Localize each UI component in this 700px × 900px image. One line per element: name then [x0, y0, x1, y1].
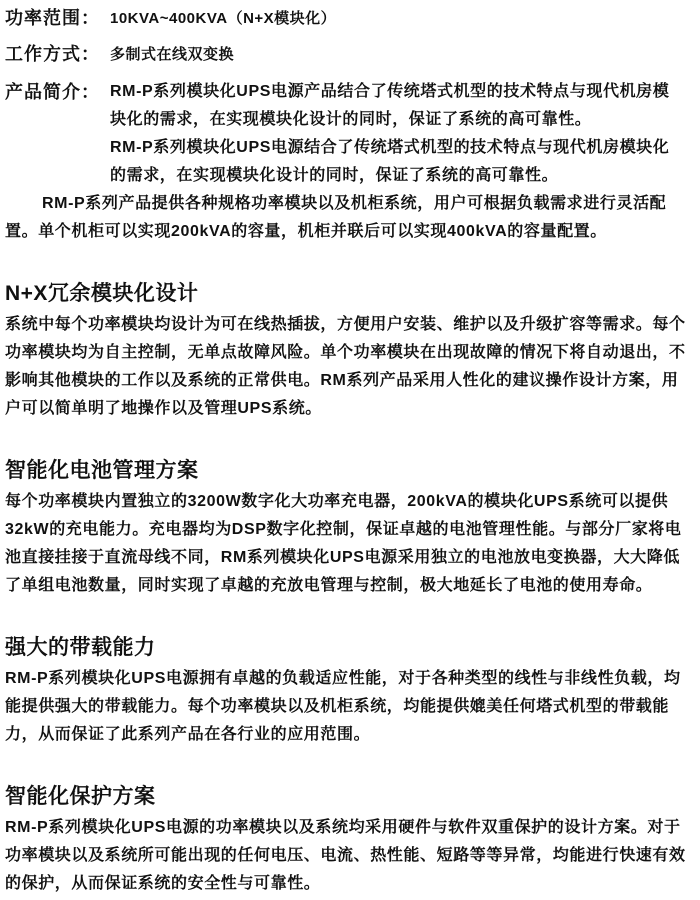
- section-body: 系统中每个功率模块均设计为可在线热插拔，方便用户安装、维护以及升级扩容等需求。每…: [5, 311, 695, 423]
- product-paragraph: RM-P系列产品提供各种规格功率模块以及机柜系统，用户可根据负载需求进行灵活配置…: [5, 190, 695, 246]
- power-range-label: 功率范围：: [5, 6, 110, 30]
- text-line: 能提供强大的带载能力。每个功率模块以及机柜系统，均能提供媲美任何塔式机型的带载能: [5, 693, 695, 721]
- work-mode-value: 多制式在线双变换: [110, 42, 234, 67]
- work-mode-label: 工作方式：: [5, 42, 110, 66]
- section-title: 智能化保护方案: [5, 782, 695, 812]
- product-intro-label: 产品简介：: [5, 78, 110, 106]
- section-load-capacity: 强大的带载能力 RM-P系列模块化UPS电源拥有卓越的负载适应性能，对于各种类型…: [5, 633, 695, 749]
- text-line: RM-P系列模块化UPS电源的功率模块以及系统均采用硬件与软件双重保护的设计方案…: [5, 814, 695, 842]
- section-protection: 智能化保护方案 RM-P系列模块化UPS电源的功率模块以及系统均采用硬件与软件双…: [5, 782, 695, 898]
- text-line: RM-P系列模块化UPS电源结合了传统塔式机型的技术特点与现代机房模块化: [110, 134, 669, 162]
- section-body: RM-P系列模块化UPS电源的功率模块以及系统均采用硬件与软件双重保护的设计方案…: [5, 814, 695, 898]
- section-title: 智能化电池管理方案: [5, 456, 695, 486]
- section-title: 强大的带载能力: [5, 633, 695, 663]
- text-line: 户可以简单明了地操作以及管理UPS系统。: [5, 395, 695, 423]
- text-line: 每个功率模块内置独立的3200W数字化大功率充电器，200kVA的模块化UPS系…: [5, 488, 695, 516]
- text-line: 置。单个机柜可以实现200kVA的容量，机柜并联后可以实现400kVA的容量配置…: [5, 218, 695, 246]
- text-line: RM-P系列模块化UPS电源产品结合了传统塔式机型的技术特点与现代机房模: [110, 78, 669, 106]
- text-line: 的需求，在实现模块化设计的同时，保证了系统的高可靠性。: [110, 162, 669, 190]
- section-battery-management: 智能化电池管理方案 每个功率模块内置独立的3200W数字化大功率充电器，200k…: [5, 456, 695, 600]
- text-line: 影响其他模块的工作以及系统的正常供电。RM系列产品采用人性化的建议操作设计方案，…: [5, 367, 695, 395]
- text-line: RM-P系列模块化UPS电源拥有卓越的负载适应性能，对于各种类型的线性与非线性负…: [5, 665, 695, 693]
- text-line: 了单组电池数量，同时实现了卓越的充放电管理与控制，极大地延长了电池的使用寿命。: [5, 572, 695, 600]
- section-title: N+X冗余模块化设计: [5, 279, 695, 309]
- section-body: 每个功率模块内置独立的3200W数字化大功率充电器，200kVA的模块化UPS系…: [5, 488, 695, 600]
- text-line: 功率模块以及系统所可能出现的任何电压、电流、热性能、短路等等异常，均能进行快速有…: [5, 842, 695, 870]
- section-body: RM-P系列模块化UPS电源拥有卓越的负载适应性能，对于各种类型的线性与非线性负…: [5, 665, 695, 749]
- text-line: 块化的需求，在实现模块化设计的同时，保证了系统的高可靠性。: [110, 106, 669, 134]
- product-intro-lines: RM-P系列模块化UPS电源产品结合了传统塔式机型的技术特点与现代机房模块化的需…: [110, 78, 669, 190]
- document-page: 功率范围： 10KVA~400KVA（N+X模块化） 工作方式： 多制式在线双变…: [0, 0, 700, 900]
- power-range-value: 10KVA~400KVA（N+X模块化）: [110, 6, 336, 31]
- text-line: 的保护，从而保证系统的安全性与可靠性。: [5, 870, 695, 898]
- spec-row-work-mode: 工作方式： 多制式在线双变换: [5, 42, 695, 67]
- text-line: 32kW的充电能力。充电器均为DSP数字化控制，保证卓越的电池管理性能。与部分厂…: [5, 516, 695, 544]
- text-line: RM-P系列产品提供各种规格功率模块以及机柜系统，用户可根据负载需求进行灵活配: [5, 190, 695, 218]
- text-line: 池直接挂接于直流母线不同，RM系列模块化UPS电源采用独立的电池放电变换器，大大…: [5, 544, 695, 572]
- spec-row-power-range: 功率范围： 10KVA~400KVA（N+X模块化）: [5, 6, 695, 31]
- section-nx-redundancy: N+X冗余模块化设计 系统中每个功率模块均设计为可在线热插拔，方便用户安装、维护…: [5, 279, 695, 423]
- spec-row-product-intro: 产品简介： RM-P系列模块化UPS电源产品结合了传统塔式机型的技术特点与现代机…: [5, 78, 695, 190]
- text-line: 功率模块均为自主控制，无单点故障风险。单个功率模块在出现故障的情况下将自动退出，…: [5, 339, 695, 367]
- text-line: 力，从而保证了此系列产品在各行业的应用范围。: [5, 721, 695, 749]
- text-line: 系统中每个功率模块均设计为可在线热插拔，方便用户安装、维护以及升级扩容等需求。每…: [5, 311, 695, 339]
